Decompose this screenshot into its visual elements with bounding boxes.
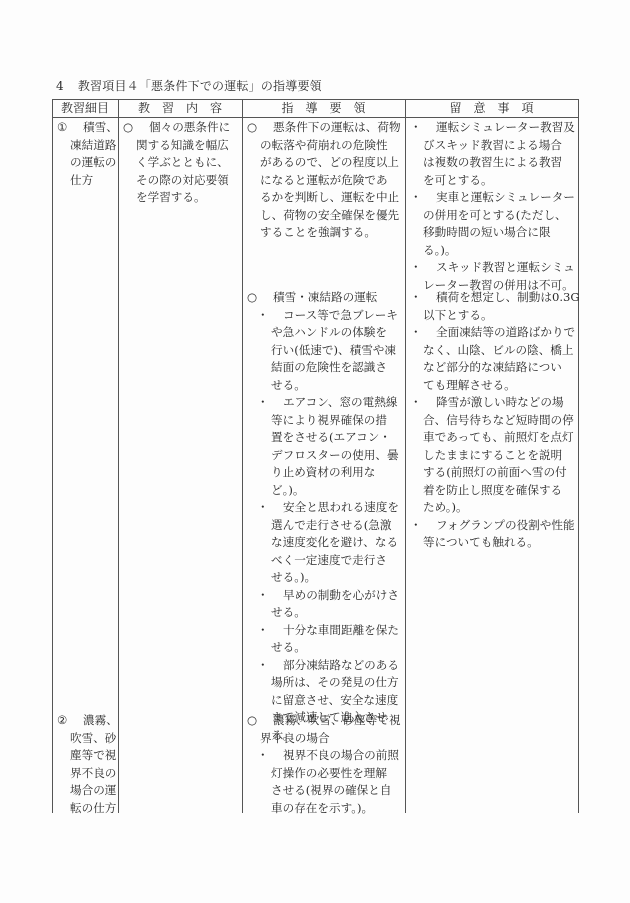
guidance-line: ど。)。 [247,482,399,500]
table-left-border [52,99,53,813]
note-line: ため。)。 [410,499,580,517]
guidance-line: 早めの制動を心がけさ [283,588,399,602]
guidance-line: 視界不良の場合の前照 [283,748,399,762]
item-2-line: 界不良の [57,765,118,783]
item-2-marker: ② [57,712,83,730]
guidance-line: コース等で急ブレーキ [283,308,398,322]
guidance-line: デフロスターの使用、曇 [247,447,399,465]
item-2-line: 塵等で視 [57,747,118,765]
bullet-icon: ・ [257,587,283,605]
circle-marker: ○ [123,119,149,137]
bullet-icon: ・ [257,394,283,412]
bullet-icon: ・ [257,499,283,517]
bullet-icon: ・ [410,189,436,207]
guidance-line: 安全と思われる速度を [283,500,399,514]
guidance-line: 車の存在を示す。)。 [247,800,401,818]
bullet-icon: ・ [257,307,283,325]
section-title: 4教習項目４「悪条件下での運転」の指導要領 [56,78,322,94]
guidance-line: や急ハンドルの体験を [247,324,399,342]
column-divider-3 [405,99,406,813]
guidance-line: な速度変化を避け、なる [247,534,399,552]
item-1-line: 積雪、 [83,120,118,134]
item-1-line: 仕方 [57,172,118,190]
circle-marker: ○ [247,712,273,730]
bullet-icon: ・ [410,289,436,307]
bullet-icon: ・ [257,747,283,765]
guidance-line: り止め資材の利用な [247,464,399,482]
guidance-1a: ○悪条件下の運転は、荷物 の転落や荷崩れの危険性 があるので、どの程度以上 にな… [247,119,401,242]
guidance-line: 選んで走行させる(急激 [247,517,399,535]
note-line: 積荷を想定し、制動は0.3G [436,290,580,304]
item-1: ①積雪、 凍結道路 の運転の 仕方 [57,119,118,189]
guidance-line: 部分凍結路などのある [283,658,399,672]
guidance-heading: 界不良の場合 [247,730,401,748]
note-line: 等についても触れる。 [410,534,580,552]
guidance-line: 結面の危険性を認識さ [247,359,399,377]
guidance-line: 悪条件下の運転は、荷物 [273,120,401,134]
note-line: 車であっても、前照灯を点灯 [410,429,580,447]
content-1: ○個々の悪条件に 関する知識を幅広 く学ぶとともに、 その際の対応要領 を学習す… [123,119,230,207]
column-divider-1 [118,99,119,813]
bullet-icon: ・ [410,394,436,412]
note-line: 以下とする。 [410,307,580,325]
header-content: 教 習 内 容 [118,100,242,117]
item-1-line: の運転の [57,154,118,172]
bullet-icon: ・ [410,259,436,277]
guidance-line: に留意させ、安全な速度 [247,692,399,710]
bullet-icon: ・ [257,622,283,640]
guidance-line: せる。 [247,639,399,657]
guidance-line: し、荷物の安全確保を優先 [247,207,401,225]
content-line: 関する知識を幅広 [123,137,230,155]
note-line: したままにすることを説明 [410,447,580,465]
section-number: 4 [56,79,64,93]
item-2-line: 濃霧、 [83,713,118,727]
note-line: する(前照灯の前面へ雪の付 [410,464,580,482]
item-2: ②濃霧、 吹雪、砂 塵等で視 界不良の 場合の運 転の仕方 [57,712,118,817]
note-line: は複数の教習生による教習 [410,154,575,172]
item-2-line: 場合の運 [57,782,118,800]
bullet-icon: ・ [257,657,283,675]
note-line: 着を防止し照度を確保する [410,482,580,500]
guidance-line: 等により視界確保の措 [247,412,399,430]
guidance-line: せる。)。 [247,569,399,587]
guidance-line: るかを判断し、運転を中止 [247,189,401,207]
note-line: 合、信号待ちなど短時間の停 [410,412,580,430]
guidance-line: の転落や荷崩れの危険性 [247,137,401,155]
guidance-line: になると運転が危険であ [247,172,401,190]
note-line: フォグランプの役割や性能 [436,518,575,532]
guidance-line: があるので、どの程度以上 [247,154,401,172]
guidance-1b: ○積雪・凍結路の運転 ・コース等で急ブレーキ や急ハンドルの体験を 行い(低速で… [247,289,399,744]
notes-1b: ・積荷を想定し、制動は0.3G 以下とする。 ・全面凍結等の道路ばかりで なく、… [410,289,580,552]
item-2-line: 転の仕方 [57,800,118,818]
content-line: その際の対応要領 [123,172,230,190]
note-line: 降雪が激しい時などの場 [436,395,564,409]
content-line: を学習する。 [123,189,230,207]
notes-1a: ・運転シミュレーター教習及 びスキッド教習による場合 は複数の教習生による教習 … [410,119,575,294]
circle-marker: ○ [247,119,273,137]
note-line: なく、山陰、ビルの陰、橋上 [410,342,580,360]
header-notes: 留 意 事 項 [405,100,578,117]
header-item: 教習細目 [52,100,118,117]
item-1-line: 凍結道路 [57,137,118,155]
guidance-line: することを強調する。 [247,224,401,242]
guidance-line: せる。 [247,377,399,395]
content-line: 個々の悪条件に [149,120,230,134]
circle-marker: ○ [247,289,273,307]
guidance-line: 置をさせる(エアコン・ [247,429,399,447]
note-line: スキッド教習と運転シミュ [436,260,575,274]
note-line: びスキッド教習による場合 [410,137,575,155]
guidance-heading: 積雪・凍結路の運転 [273,290,377,304]
guidance-line: 十分な車間距離を保た [283,623,399,637]
note-line: を可とする。 [410,172,575,190]
note-line: 実車と運転シミュレーター [436,190,575,204]
section-title-text: 教習項目４「悪条件下での運転」の指導要領 [78,79,322,93]
guidance-line: 行い(低速で)、積雪や凍 [247,342,399,360]
bullet-icon: ・ [410,324,436,342]
guidance-heading: 濃霧、吹雪、砂塵等で視 [273,713,401,727]
item-1-marker: ① [57,119,83,137]
note-line: ても理解させる。 [410,377,580,395]
note-line: など部分的な凍結路につい [410,359,580,377]
guidance-line: させる(視界の確保と自 [247,782,401,800]
header-guidance: 指 導 要 領 [242,100,405,117]
item-2-line: 吹雪、砂 [57,730,118,748]
guidance-line: せる。 [247,604,399,622]
guidance-line: べく一定速度で走行さ [247,552,399,570]
guidance-line: エアコン、窓の電熱線 [283,395,397,409]
note-line: 全面凍結等の道路ばかりで [436,325,575,339]
header-bottom-border [52,117,579,118]
note-line: の併用を可とする(ただし、 [410,207,575,225]
bullet-icon: ・ [410,119,436,137]
content-line: く学ぶとともに、 [123,154,230,172]
note-line: 運転シミュレーター教習及 [436,120,575,134]
guidance-line: 場所は、その発見の仕方 [247,674,399,692]
note-line: 移動時間の短い場合に限 [410,224,575,242]
guidance-2: ○濃霧、吹雪、砂塵等で視 界不良の場合 ・視界不良の場合の前照 灯操作の必要性を… [247,712,401,817]
guidance-line: 灯操作の必要性を理解 [247,765,401,783]
column-divider-2 [242,99,243,813]
bullet-icon: ・ [410,517,436,535]
note-line: る。)。 [410,242,575,260]
